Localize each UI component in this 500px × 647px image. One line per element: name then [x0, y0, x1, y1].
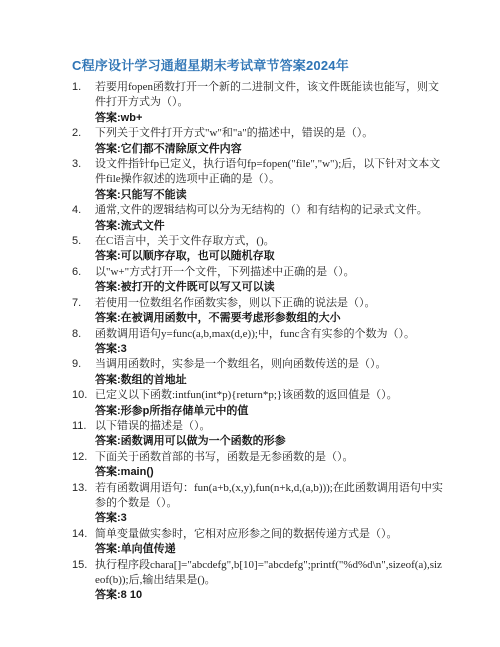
qa-item: 14.简单变量做实参时，它相对应形参之间的数据传递方式是（）。 答案:单向值传递	[72, 527, 444, 558]
qa-item: 5.在C语言中，关于文件存取方式，()。 答案:可以顺序存取，也可以随机存取	[72, 234, 444, 265]
qa-number: 5.	[72, 234, 92, 249]
document-page: C程序设计学习通超星期末考试章节答案2024年 1.若要用fopen函数打开一个…	[0, 0, 500, 647]
qa-item: 6.以"w+"方式打开一个文件，下列描述中正确的是（）。 答案:被打开的文件既可…	[72, 265, 444, 296]
qa-answer: 答案:3	[95, 342, 444, 357]
qa-question: 通常,文件的逻辑结构可以分为无结构的（）和有结构的记录式文件。	[95, 204, 428, 216]
qa-item: 7.若使用一位数组名作函数实参，则以下正确的说法是（）。 答案:在被调用函数中，…	[72, 296, 444, 327]
qa-item: 8.函数调用语句y=func(a,b,max(d,e));中，func含有实参的…	[72, 327, 444, 358]
qa-number: 15.	[72, 558, 92, 573]
qa-question: 在C语言中，关于文件存取方式，()。	[95, 235, 275, 247]
qa-item: 3.设文件指针fp已定义，执行语句fp=fopen("file","w");后，…	[72, 157, 444, 203]
qa-item: 10.已定义以下函数:intfun(int*p){return*p;}该函数的返…	[72, 388, 444, 419]
qa-item: 15.执行程序段chara[]="abcdefg",b[10]="abcdefg…	[72, 558, 444, 604]
qa-item: 4.通常,文件的逻辑结构可以分为无结构的（）和有结构的记录式文件。 答案:流式文…	[72, 203, 444, 234]
qa-number: 2.	[72, 126, 92, 141]
qa-question: 以"w+"方式打开一个文件，下列描述中正确的是（）。	[95, 266, 355, 278]
qa-item: 11.以下错误的描述是（）。 答案:函数调用可以做为一个函数的形参	[72, 419, 444, 450]
qa-number: 14.	[72, 527, 92, 542]
qa-number: 8.	[72, 327, 92, 342]
qa-item: 12.下面关于函数首部的书写，函数是无参函数的是（）。 答案:main()	[72, 450, 444, 481]
qa-answer: 答案:8 10	[95, 588, 444, 603]
qa-number: 7.	[72, 296, 92, 311]
page-title: C程序设计学习通超星期末考试章节答案2024年	[72, 58, 444, 74]
qa-item: 13.若有函数调用语句：fun(a+b,(x,y),fun(n+k,d,(a,b…	[72, 481, 444, 527]
qa-answer: 答案:它们都不清除原文件内容	[95, 142, 444, 157]
qa-answer: 答案:wb+	[95, 111, 444, 126]
qa-answer: 答案:数组的首地址	[95, 373, 444, 388]
qa-answer: 答案:被打开的文件既可以写又可以读	[95, 280, 444, 295]
qa-item: 2.下列关于文件打开方式"w"和"a"的描述中，错误的是（）。 答案:它们都不清…	[72, 126, 444, 157]
qa-answer: 答案:流式文件	[95, 219, 444, 234]
qa-question: 当调用函数时，实参是一个数组名，则向函数传送的是（）。	[95, 358, 387, 370]
qa-number: 4.	[72, 203, 92, 218]
qa-number: 13.	[72, 481, 92, 496]
qa-answer: 答案:只能写不能读	[95, 188, 444, 203]
qa-answer: 答案:单向值传递	[95, 542, 444, 557]
qa-answer: 答案:函数调用可以做为一个函数的形参	[95, 434, 444, 449]
qa-question: 若要用fopen函数打开一个新的二进制文件，该文件既能读也能写，则文件打开方式为…	[95, 81, 439, 108]
qa-question: 设文件指针fp已定义，执行语句fp=fopen("file","w");后，以下…	[95, 158, 440, 185]
qa-question: 执行程序段chara[]="abcdefg",b[10]="abcdefg";p…	[95, 559, 442, 586]
qa-number: 3.	[72, 157, 92, 172]
qa-number: 11.	[72, 419, 92, 434]
qa-item: 1.若要用fopen函数打开一个新的二进制文件，该文件既能读也能写，则文件打开方…	[72, 80, 444, 126]
qa-answer: 答案:在被调用函数中，不需要考虑形参数组的大小	[95, 311, 444, 326]
qa-number: 10.	[72, 388, 92, 403]
qa-list: 1.若要用fopen函数打开一个新的二进制文件，该文件既能读也能写，则文件打开方…	[72, 80, 444, 604]
qa-question: 若使用一位数组名作函数实参，则以下正确的说法是（）。	[95, 297, 376, 309]
qa-question: 若有函数调用语句：fun(a+b,(x,y),fun(n+k,d,(a,b)))…	[95, 482, 443, 509]
qa-item: 9.当调用函数时，实参是一个数组名，则向函数传送的是（）。 答案:数组的首地址	[72, 357, 444, 388]
qa-question: 以下错误的描述是（）。	[95, 420, 211, 432]
qa-answer: 答案:可以顺序存取，也可以随机存取	[95, 249, 444, 264]
qa-number: 9.	[72, 357, 92, 372]
qa-answer: 答案:main()	[95, 465, 444, 480]
qa-question: 已定义以下函数:intfun(int*p){return*p;}该函数的返回值是…	[95, 389, 398, 401]
qa-question: 函数调用语句y=func(a,b,max(d,e));中，func含有实参的个数…	[95, 328, 415, 340]
qa-question: 下列关于文件打开方式"w"和"a"的描述中，错误的是（）。	[95, 127, 373, 139]
qa-question: 简单变量做实参时，它相对应形参之间的数据传递方式是（）。	[95, 528, 398, 540]
qa-number: 6.	[72, 265, 92, 280]
qa-number: 1.	[72, 80, 92, 95]
qa-number: 12.	[72, 450, 92, 465]
qa-answer: 答案:形参p所指存储单元中的值	[95, 404, 444, 419]
qa-question: 下面关于函数首部的书写，函数是无参函数的是（）。	[95, 451, 354, 463]
qa-answer: 答案:3	[95, 511, 444, 526]
